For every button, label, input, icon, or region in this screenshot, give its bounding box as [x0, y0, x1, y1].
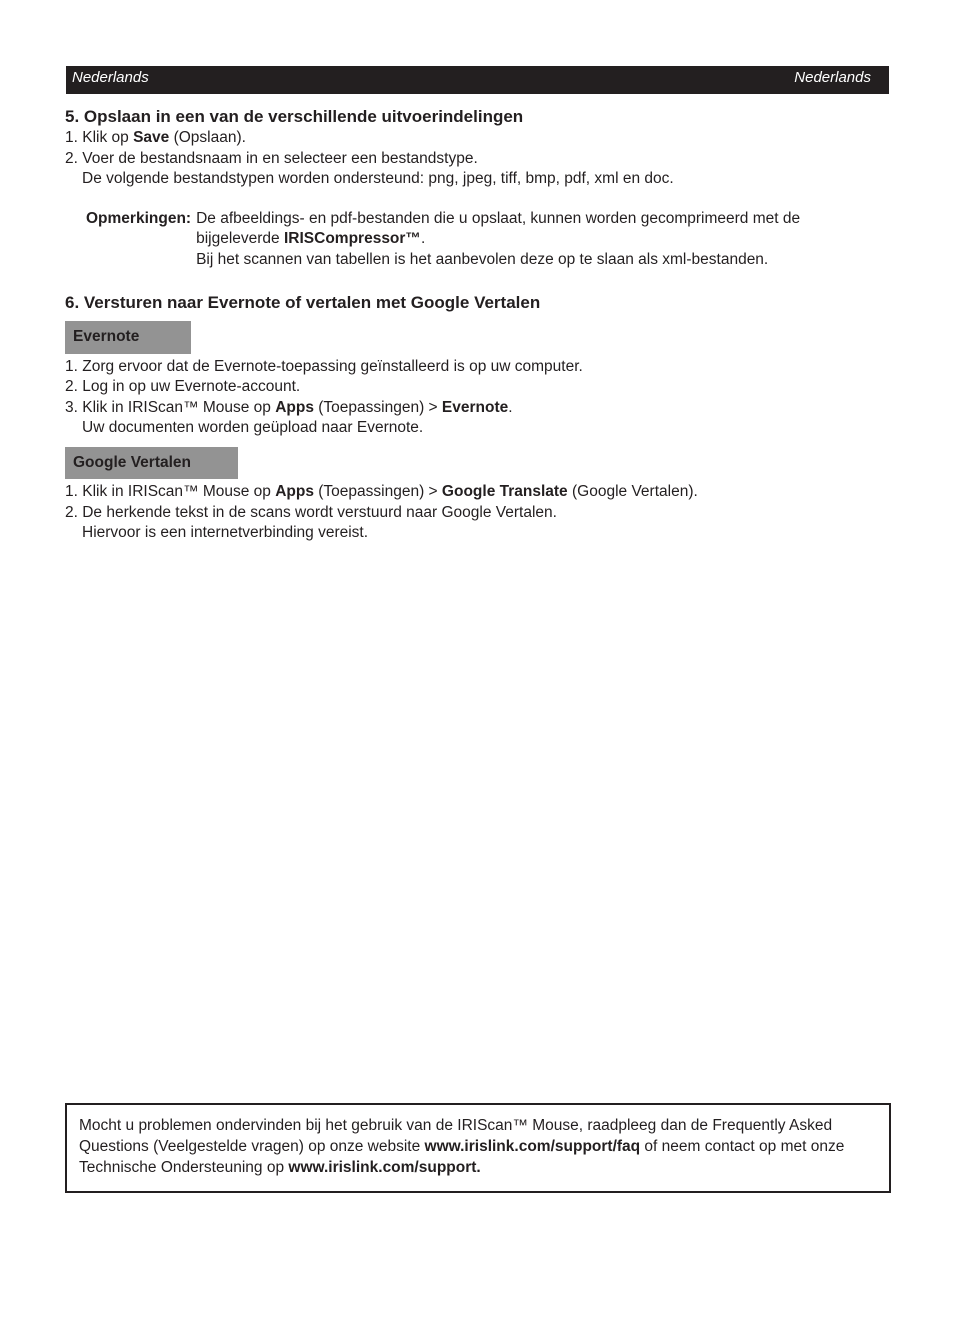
section5-step2-cont: De volgende bestandstypen worden onderst… — [65, 169, 895, 190]
evernote-label: Evernote — [65, 321, 191, 354]
notes-label: Opmerkingen: — [86, 209, 196, 271]
evernote-step2: 2. Log in op uw Evernote-account. — [65, 377, 895, 398]
google-step2: 2. De herkende tekst in de scans wordt v… — [65, 503, 895, 524]
header-language-right: Nederlands — [794, 69, 871, 86]
notes-text: De afbeeldings- en pdf-bestanden die u o… — [196, 209, 800, 271]
notes-block: Opmerkingen: De afbeeldings- en pdf-best… — [86, 209, 895, 271]
evernote-step1: 1. Zorg ervoor dat de Evernote-toepassin… — [65, 357, 895, 378]
faq-link[interactable]: www.irislink.com/support/faq — [425, 1138, 641, 1155]
section5-step2: 2. Voer de bestandsnaam in en selecteer … — [65, 149, 895, 170]
page-content: 5. Opslaan in een van de verschillende u… — [65, 106, 895, 544]
section6-title: 6. Versturen naar Evernote of vertalen m… — [65, 292, 895, 314]
google-step1: 1. Klik in IRIScan™ Mouse op Apps (Toepa… — [65, 482, 895, 503]
evernote-step3-cont: Uw documenten worden geüpload naar Evern… — [65, 418, 895, 439]
section5-step1: 1. Klik op Save (Opslaan). — [65, 128, 895, 149]
evernote-step3: 3. Klik in IRIScan™ Mouse op Apps (Toepa… — [65, 398, 895, 419]
google-step2-cont: Hiervoor is een internetverbinding verei… — [65, 523, 895, 544]
support-info-box: Mocht u problemen ondervinden bij het ge… — [65, 1103, 891, 1193]
section5-title: 5. Opslaan in een van de verschillende u… — [65, 106, 895, 128]
header-language-left: Nederlands — [72, 69, 149, 86]
google-vertalen-label: Google Vertalen — [65, 447, 238, 480]
support-link[interactable]: www.irislink.com/support. — [288, 1159, 480, 1176]
language-header-bar: Nederlands Nederlands — [66, 66, 889, 94]
